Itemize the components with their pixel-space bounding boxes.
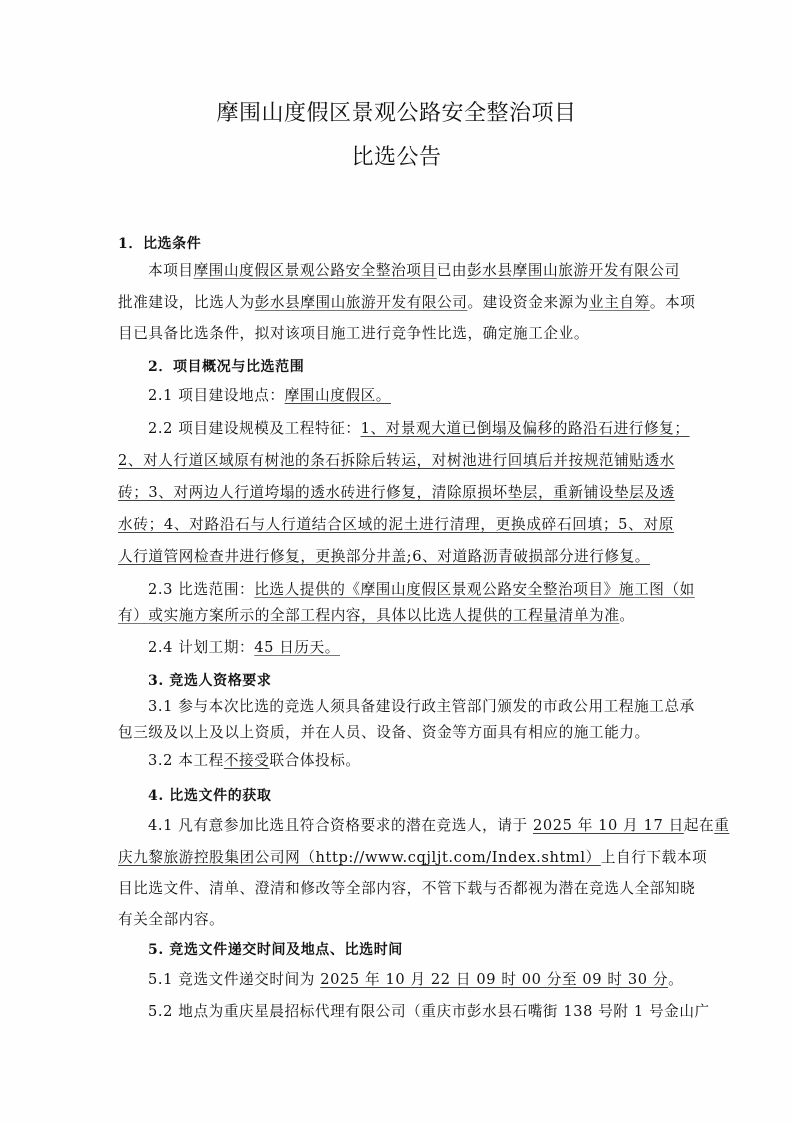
- submission-time: 2025 年 10 月 22 日 09 时 00 分至 09 时 30 分: [320, 971, 668, 988]
- section-5-2: 5.2 地点为重庆星晨招标代理有限公司（重庆市彭水县石嘴街 138 号附 1 号…: [148, 1002, 674, 1022]
- download-site: 重: [714, 817, 729, 834]
- scope-item: 砖；3、对两边人行道垮塌的透水砖进行修复，清除原损坏垫层，重新铺设垫层及透: [118, 484, 675, 501]
- project-location: 摩围山度假区。: [285, 387, 391, 404]
- section-2-2-line-1: 2.2 项目建设规模及工程特征：1、对景观大道已倒塌及偏移的路沿石进行修复；: [148, 419, 674, 439]
- document-title: 摩围山度假区景观公路安全整治项目: [0, 100, 793, 128]
- text: 4.1 凡有意参加比选且符合资格要求的潜在竞选人，请于: [148, 817, 533, 834]
- bid-scope: 有）或实施方案所示的全部工程内容，具体以比选人提供的工程量清单为准: [118, 607, 619, 624]
- section-5-heading: 5. 竞选文件递交时间及地点、比选时间: [148, 940, 674, 960]
- text: 。: [668, 971, 683, 988]
- section-2-2-line-3: 砖；3、对两边人行道垮塌的透水砖进行修复，清除原损坏垫层，重新铺设垫层及透: [118, 483, 674, 503]
- section-2-2-line-2: 2、对人行道区域原有树池的条石拆除后转运，对树池进行回填后并按规范铺贴透水: [118, 451, 674, 471]
- text: 本项目: [148, 262, 194, 279]
- section-3-1-line-2: 包三级及以上及以上资质，并在人员、设备、资金等方面具有相应的施工能力。: [118, 723, 674, 743]
- section-2-1: 2.1 项目建设地点：摩围山度假区。: [148, 386, 674, 406]
- text: 。本项: [650, 294, 696, 311]
- document-page: 摩围山度假区景观公路安全整治项目 比选公告 1．比选条件 本项目摩围山度假区景观…: [0, 0, 793, 1122]
- section-4-1-line-2: 庆九黎旅游控股集团公司网（http://www.cqjljt.com/Index…: [118, 848, 674, 868]
- section-4-heading: 4. 比选文件的获取: [148, 786, 674, 806]
- section-2-3-line-1: 2.3 比选范围：比选人提供的《摩围山度假区景观公路安全整治项目》施工图（如: [148, 580, 674, 600]
- scope-item: 1、对景观大道已倒塌及偏移的路沿石进行修复；: [361, 420, 690, 437]
- label: 2.4 计划工期：: [148, 639, 254, 656]
- section-2-heading: 2．项目概况与比选范围: [148, 357, 674, 377]
- section-2-3-line-2: 有）或实施方案所示的全部工程内容，具体以比选人提供的工程量清单为准。: [118, 606, 674, 626]
- label: 2.1 项目建设地点：: [148, 387, 285, 404]
- text: 联合体投标。: [269, 752, 360, 769]
- scope-item: 2、对人行道区域原有树池的条石拆除后转运，对树池进行回填后并按规范铺贴透水: [118, 452, 675, 469]
- section-3-heading: 3. 竞选人资格要求: [148, 671, 674, 691]
- text: 起在: [684, 817, 714, 834]
- section-3-2: 3.2 本工程不接受联合体投标。: [148, 751, 674, 771]
- scope-item: 水砖；4、对路沿石与人行道结合区域的泥土进行清理，更换成碎石回填；5、对原: [118, 516, 674, 533]
- section-4-1-line-1: 4.1 凡有意参加比选且符合资格要求的潜在竞选人，请于 2025 年 10 月 …: [148, 816, 674, 836]
- section-4-1-line-3: 目比选文件、清单、澄清和修改等全部内容，不管下载与否都视为潜在竞选人全部知晓: [118, 879, 674, 899]
- funding-source: 业主自筹: [589, 294, 650, 311]
- text: 。: [619, 607, 634, 624]
- text: 3.2 本工程: [148, 752, 224, 769]
- document-subtitle: 比选公告: [0, 144, 793, 172]
- project-name: 摩围山度假区景观公路安全整治项目: [194, 262, 437, 279]
- section-1-para-line-2: 批准建设，比选人为彭水县摩围山旅游开发有限公司。建设资金来源为业主自筹。本项: [118, 293, 674, 313]
- download-start-date: 2025 年 10 月 17 日: [533, 817, 684, 834]
- bid-scope: 比选人提供的《摩围山度假区景观公路安全整治项目》施工图（如: [254, 581, 695, 598]
- text: 。建设资金来源为: [467, 294, 589, 311]
- label: 2.2 项目建设规模及工程特征：: [148, 420, 361, 437]
- text: 上自行下载本项: [601, 849, 707, 866]
- approver-name: 彭水县摩围山旅游开发有限公司: [467, 262, 680, 279]
- section-3-1-line-1: 3.1 参与本次比选的竞选人须具备建设行政主管部门颁发的市政公用工程施工总承: [148, 697, 674, 717]
- section-2-2-line-5: 人行道管网检查井进行修复，更换部分井盖;6、对道路沥青破损部分进行修复。: [118, 547, 674, 567]
- tenderer-name: 彭水县摩围山旅游开发有限公司: [255, 294, 468, 311]
- section-2-4: 2.4 计划工期：45 日历天。: [148, 638, 674, 658]
- section-2-2-line-4: 水砖；4、对路沿石与人行道结合区域的泥土进行清理，更换成碎石回填；5、对原: [118, 515, 674, 535]
- label: 2.3 比选范围：: [148, 581, 254, 598]
- text: 批准建设，比选人为: [118, 294, 255, 311]
- download-site-link[interactable]: 庆九黎旅游控股集团公司网（http://www.cqjljt.com/Index…: [118, 849, 601, 866]
- text: 5.1 竞选文件递交时间为: [148, 971, 320, 988]
- section-1-heading: 1．比选条件: [118, 234, 674, 254]
- section-1-para-line-1: 本项目摩围山度假区景观公路安全整治项目已由彭水县摩围山旅游开发有限公司: [148, 261, 674, 281]
- scope-item: 人行道管网检查井进行修复，更换部分井盖;6、对道路沥青破损部分进行修复。: [118, 548, 650, 565]
- section-4-1-line-4: 有关全部内容。: [118, 910, 674, 930]
- section-5-1: 5.1 竞选文件递交时间为 2025 年 10 月 22 日 09 时 00 分…: [148, 970, 674, 990]
- section-1-para-line-3: 目已具备比选条件，拟对该项目施工进行竞争性比选，确定施工企业。: [118, 324, 674, 344]
- text: 已由: [437, 262, 467, 279]
- planned-duration: 45 日历天。: [254, 639, 340, 656]
- consortium-policy: 不接受: [224, 752, 270, 769]
